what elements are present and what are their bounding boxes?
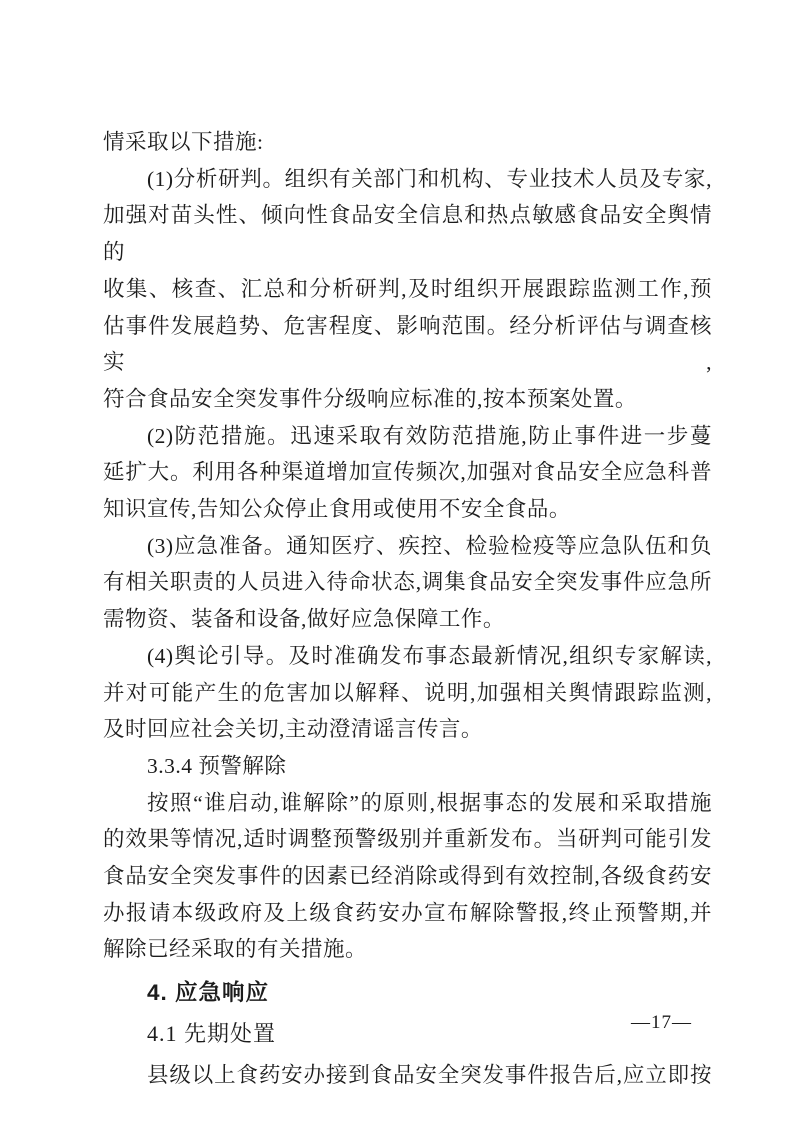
text-line: 加强对苗头性、倾向性食品安全信息和热点敏感食品安全舆情的	[103, 197, 712, 270]
document-page: 情采取以下措施:(1)分析研判。组织有关部门和机构、专业技术人员及专家,加强对苗…	[0, 0, 793, 1122]
text-line: 估事件发展趋势、危害程度、影响范围。经分析评估与调查核实,	[103, 308, 712, 381]
text-line: 延扩大。利用各种渠道增加宣传频次,加强对食品安全应急科普	[103, 454, 712, 491]
page-number: —17—	[631, 1012, 692, 1034]
document-body: 情采取以下措施:(1)分析研判。组织有关部门和机构、专业技术人员及专家,加强对苗…	[103, 124, 712, 1095]
text-line: (4)舆论引导。及时准确发布事态最新情况,组织专家解读,	[103, 638, 712, 675]
text-line: (2)防范措施。迅速采取有效防范措施,防止事件进一步蔓	[103, 418, 712, 455]
text-line: 的效果等情况,适时调整预警级别并重新发布。当研判可能引发	[103, 821, 712, 858]
text-line: 解除已经采取的有关措施。	[103, 931, 712, 968]
section-heading-line: 4. 应急响应	[103, 973, 712, 1013]
text-line: 按照“谁启动,谁解除”的原则,根据事态的发展和采取措施	[103, 785, 712, 822]
text-line: 符合食品安全突发事件分级响应标准的,按本预案处置。	[103, 381, 712, 418]
numbered-heading-line: 3.3.4 预警解除	[103, 748, 712, 785]
sub-heading-line: 4.1 先期处置	[103, 1013, 712, 1055]
text-line: 并对可能产生的危害加以解释、说明,加强相关舆情跟踪监测,	[103, 675, 712, 712]
text-line: (1)分析研判。组织有关部门和机构、专业技术人员及专家,	[103, 161, 712, 198]
text-line: 情采取以下措施:	[103, 124, 712, 161]
text-line: 办报请本级政府及上级食药安办宣布解除警报,终止预警期,并	[103, 895, 712, 932]
text-line: (3)应急准备。通知医疗、疾控、检验检疫等应急队伍和负	[103, 528, 712, 565]
text-line: 知识宣传,告知公众停止食用或使用不安全食品。	[103, 491, 712, 528]
text-line: 及时回应社会关切,主动澄清谣言传言。	[103, 711, 712, 748]
text-line: 有相关职责的人员进入待命状态,调集食品安全突发事件应急所	[103, 564, 712, 601]
last-para-line: 县级以上食药安办接到食品安全突发事件报告后,应立即按	[103, 1055, 712, 1095]
text-line: 需物资、装备和设备,做好应急保障工作。	[103, 601, 712, 638]
text-line: 食品安全突发事件的因素已经消除或得到有效控制,各级食药安	[103, 858, 712, 895]
text-line: 收集、核查、汇总和分析研判,及时组织开展跟踪监测工作,预	[103, 271, 712, 308]
